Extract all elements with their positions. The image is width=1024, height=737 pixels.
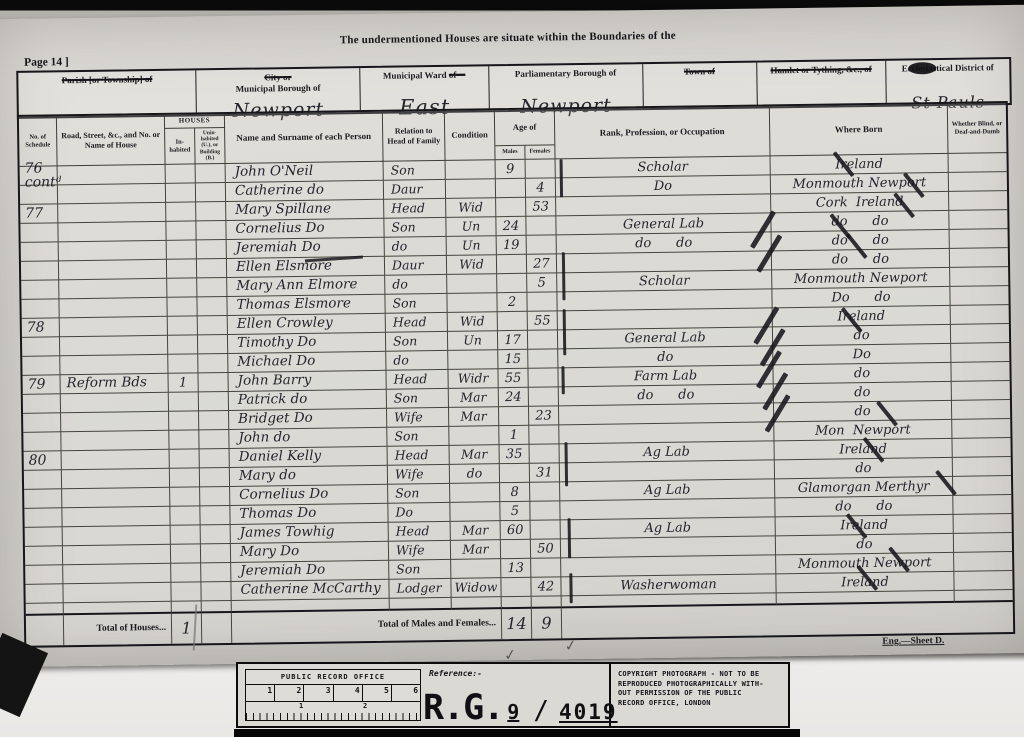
cell-uninhabited [201,582,231,601]
cell-relation: do [386,351,448,371]
ward-label-struck: of— [449,70,466,80]
cell-where-born: do do [771,211,949,232]
cell-uninhabited [201,563,231,582]
cell-name: Cornelius Do [226,219,384,240]
cell-blind [953,457,1011,477]
cell-name: Jeremiah Do [231,561,389,582]
cell-age-females: 23 [529,406,559,425]
town-box: Town of [643,63,758,109]
cell-condition: do [450,464,500,484]
cell-schedule [20,185,58,205]
empty-ruled-cell [390,598,452,611]
cell-blind [951,362,1009,382]
cell-age-females: 31 [530,463,560,482]
reference-label: Reference:- [429,669,482,678]
cell-blind [949,172,1007,192]
cell-road [61,393,169,414]
hamlet-box: Hamlet or Tything, &c., of [757,61,887,107]
cell-condition: Wid [446,198,496,218]
cell-age-males [501,578,531,597]
totals-empty-cell [562,602,1013,638]
city-label: City or [264,72,291,83]
column-header-uninhabited: Unin-habited (U.), or Building (B.) [195,128,225,164]
copyright-line: OUT PERMISSION OF THE PUBLIC [618,689,784,699]
cell-relation: do [385,237,447,257]
cell-name: Daniel Kelly [230,447,388,468]
cell-condition: Mar [449,388,499,408]
cell-schedule [21,261,59,281]
cell-schedule: 79 [23,375,61,395]
cell-schedule: 78 [22,318,60,338]
cell-age-males [499,407,529,426]
pen-tally-mark [568,518,572,558]
parliamentary-label: Parliamentary Borough of [515,68,616,80]
totals-empty-cell [202,613,232,643]
cell-road [63,564,171,585]
cell-uninhabited [197,278,227,297]
cell-where-born: Monmouth Newport [772,268,950,289]
column-header-houses-group: HOUSES [165,114,225,129]
cell-age-females [527,235,557,254]
hamlet-label: Hamlet or Tything, &c., of [770,64,871,76]
cell-road [59,241,167,262]
cell-relation: Head [386,313,448,333]
cell-schedule [23,394,61,414]
cell-condition [449,426,499,446]
pro-ruler: 1 2 [246,702,420,720]
cell-name: Timothy Do [228,333,386,354]
cell-where-born: do [773,325,951,346]
cell-name: Bridget Do [229,409,387,430]
cell-inhabited [170,468,200,487]
column-header-road: Road, Street, &c., and No. or Name of Ho… [57,115,166,167]
cell-where-born: Do [773,344,951,365]
cell-schedule [25,527,63,547]
cell-inhabited [169,392,199,411]
cell-schedule [24,489,62,509]
cell-uninhabited [198,316,228,335]
ecclesiastical-box: Ecclesiastical District of St Pauls [886,59,1010,105]
cell-schedule [23,432,61,452]
cell-uninhabited [200,506,230,525]
cell-age-males: 60 [501,521,531,540]
cell-where-born: Ireland [774,439,952,460]
cell-age-males [498,312,528,331]
cell-age-females [528,330,558,349]
cell-name: Mary Ann Elmore [227,276,385,297]
pen-tally-mark [560,159,564,197]
age-sub-headers: Males Females [495,144,554,159]
empty-ruled-cell [955,590,1013,603]
census-page: The undermentioned Houses are situate wi… [0,5,1024,667]
cell-relation: Head [388,446,450,466]
cell-blind [952,381,1010,401]
cell-uninhabited [199,430,229,449]
cell-where-born: Monmouth Newport [771,173,949,194]
cell-road [60,355,168,376]
cell-name: Mary do [230,466,388,487]
age-of-label: Age of [495,109,554,145]
cell-blind [952,400,1010,420]
cell-relation: Son [388,484,450,504]
cell-inhabited [169,411,199,430]
cell-relation: Daur [384,180,446,200]
cell-road [62,469,170,490]
cell-schedule [23,413,61,433]
stamp-reference-section: Reference:- R.G. 9 / 4019 [421,664,609,726]
cell-relation: Son [387,389,449,409]
cell-condition: Un [447,236,497,256]
cell-age-males: 5 [500,502,530,521]
cell-relation: Son [384,161,446,181]
cell-uninhabited [201,525,231,544]
reference-number: R.G. 9 / 4019 [423,688,618,728]
pro-reference-stamp: PUBLIC RECORD OFFICE 1 2 3 4 5 6 1 2 Ref… [236,662,790,728]
cell-relation: Son [384,218,446,238]
cell-condition [448,350,498,370]
cell-blind [948,153,1006,173]
cell-condition: Widow [451,578,501,598]
total-males-value: 14 [502,609,532,639]
cell-blind [949,210,1007,230]
cell-blind [950,286,1008,306]
cell-uninhabited [197,240,227,259]
cell-where-born: do [773,363,951,384]
cell-age-females [530,444,560,463]
cell-road [62,450,170,471]
cell-inhabited [167,259,197,278]
cell-relation: Wife [389,541,451,561]
cell-age-males: 55 [498,369,528,388]
total-males-females-label: Total of Males and Females... [232,609,502,643]
cell-where-born: Glamorgan Merthyr [775,477,953,498]
scanned-census-photo: The undermentioned Houses are situate wi… [0,0,1024,737]
cell-name: James Towhig [231,523,389,544]
pro-scale-numbers: 1 2 3 4 5 6 [246,685,420,702]
ruler-inch-number: 1 [299,702,303,710]
cell-blind [952,419,1010,439]
cell-age-females [528,349,558,368]
cell-inhabited [170,487,200,506]
cell-road [58,203,166,224]
cell-name: John do [229,428,387,449]
cell-uninhabited [196,183,226,202]
cell-inhabited [168,335,198,354]
cell-age-females: 5 [527,273,557,292]
cell-inhabited [171,563,201,582]
cell-age-males: 2 [497,293,527,312]
cell-age-females: 42 [531,577,561,596]
cell-uninhabited [201,544,231,563]
cell-name: John O'Neil [226,162,384,183]
pro-scale-box: PUBLIC RECORD OFFICE 1 2 3 4 5 6 1 2 [245,669,421,721]
cell-relation: Daur [385,256,447,276]
cell-name: Mary Spillane [226,200,384,221]
cell-inhabited [167,240,197,259]
cell-age-males: 8 [500,483,530,502]
municipal-borough-label: Municipal Borough of [236,82,321,94]
total-houses-label: Total of Houses... [64,614,172,646]
cell-blind [951,324,1009,344]
cell-age-males [497,274,527,293]
cell-inhabited [166,183,196,202]
sheet-designation: Eng.—Sheet D. [882,636,944,647]
cell-condition [447,274,497,294]
municipal-borough-box: City or Municipal Borough of Newport [197,68,361,114]
cell-where-born: do [774,401,952,422]
cell-road [58,184,166,205]
cell-road [61,412,169,433]
cell-age-females: 55 [528,311,558,330]
cell-name: Mary Do [231,542,389,563]
cell-schedule [20,223,58,243]
cell-condition: Un [448,331,498,351]
cell-name: Catherine do [226,181,384,202]
scale-number: 5 [363,685,392,701]
total-females-value: 9 [532,608,562,638]
cell-condition: Mar [450,445,500,465]
column-header-occupation: Rank, Profession, or Occupation [555,106,771,159]
copyright-line: REPRODUCED PHOTOGRAPHICALLY WITH- [618,680,784,690]
cell-age-males: 9 [496,160,526,179]
cell-relation: Lodger [389,579,451,599]
cell-inhabited [167,297,197,316]
cell-blind [953,495,1011,515]
cell-schedule [21,299,59,319]
cell-schedule [25,584,63,604]
cell-age-females [527,292,557,311]
scan-bottom-band [234,729,800,737]
cell-uninhabited [200,449,230,468]
column-header-females: Females [525,145,554,158]
cell-schedule [22,356,60,376]
cell-road: Reform Bds [61,374,169,395]
cell-blind [951,305,1009,325]
census-grid: No. of Schedule Road, Street, &c., and N… [17,101,1015,648]
cell-relation: Head [386,370,448,390]
cell-condition: Wid [447,255,497,275]
cell-age-females [529,387,559,406]
empty-ruled-cell [452,597,502,610]
cell-age-females [530,501,560,520]
cell-road [63,545,171,566]
parish-box: Parish [or Township] of [18,70,197,116]
pen-tally-mark [569,573,572,603]
totals-empty-cell [26,615,64,646]
cell-uninhabited [197,297,227,316]
scale-number: 2 [275,685,304,701]
cell-relation: Son [389,560,451,580]
cell-blind [950,229,1008,249]
cell-road [58,222,166,243]
cell-age-females [526,159,556,178]
parish-label: Parish [or Township] of [62,74,153,86]
municipal-ward-box: Municipal Ward of— East [360,66,490,112]
cell-age-males [497,255,527,274]
cell-age-males: 35 [500,445,530,464]
cell-schedule [25,546,63,566]
cell-road [59,298,167,319]
cell-uninhabited [198,354,228,373]
cell-road [63,526,171,547]
cell-blind [953,476,1011,496]
cell-inhabited [166,221,196,240]
empty-ruled-cell [172,601,202,613]
reference-separator: / [533,696,549,726]
empty-ruled-cell [532,596,562,608]
cell-age-males [501,540,531,559]
parliamentary-borough-box: Parliamentary Borough of Newport [489,64,643,110]
cell-age-males: 13 [501,559,531,578]
cell-schedule [25,565,63,585]
cell-schedule [21,242,59,262]
cell-name: Catherine McCarthy [231,580,389,601]
cell-inhabited [170,449,200,468]
cell-blind [954,552,1012,572]
cell-road [60,317,168,338]
cell-uninhabited [197,259,227,278]
series-number: 9 [507,700,519,724]
cell-road [60,336,168,357]
cell-inhabited [168,354,198,373]
column-header-age-group: Age of Males Females [495,109,556,160]
cell-blind [954,571,1012,591]
cell-road [62,507,170,528]
cell-age-females [531,558,561,577]
cell-condition [450,502,500,522]
cell-condition: Widr [448,369,498,389]
cell-condition [446,160,496,180]
cell-uninhabited [196,164,226,183]
cell-relation: Head [384,199,446,219]
empty-ruled-cell [26,603,64,616]
cell-blind [952,438,1010,458]
pen-tally-mark [561,366,564,394]
pro-office-title: PUBLIC RECORD OFFICE [246,670,420,685]
cell-condition [446,179,496,199]
cell-name: Cornelius Do [230,485,388,506]
cell-blind [954,533,1012,553]
cell-road [59,260,167,281]
cell-blind [949,191,1007,211]
empty-ruled-cell [202,601,232,613]
column-header-inhabited: In-habited [165,128,195,164]
cell-where-born: Do do [772,287,950,308]
ruler-inch-number: 2 [363,702,367,710]
cell-condition [450,483,500,503]
cell-condition [447,293,497,313]
cell-age-females [530,482,560,501]
cell-age-males: 17 [498,331,528,350]
cell-blind [950,248,1008,268]
cell-inhabited: 1 [168,373,198,392]
cell-age-females [531,520,561,539]
cell-name: John Barry [228,371,386,392]
ward-label-text: Municipal Ward [383,70,447,81]
cell-inhabited [166,202,196,221]
cell-uninhabited [199,392,229,411]
cell-age-males: 24 [496,217,526,236]
cell-relation: Head [389,522,451,542]
cell-relation: do [385,275,447,295]
cell-road [58,165,166,186]
cell-schedule: 76 contᵈ [20,166,58,186]
cell-name: Ellen Crowley [228,314,386,335]
cell-uninhabited [196,202,226,221]
column-header-schedule: No. of Schedule [19,116,58,167]
cell-blind [954,514,1012,534]
cell-condition [451,559,501,579]
cell-inhabited [171,544,201,563]
cell-road [59,279,167,300]
cell-age-males [496,179,526,198]
cell-inhabited [166,164,196,183]
scale-number: 3 [304,685,333,701]
cell-condition: Mar [451,540,501,560]
cell-blind [951,343,1009,363]
copyright-line: RECORD OFFICE, LONDON [618,699,784,709]
cell-schedule [24,508,62,528]
series-code: R.G. [423,688,503,728]
scale-number: 6 [392,685,420,701]
cell-age-males [500,464,530,483]
cell-age-females [528,368,558,387]
copyright-notice: COPYRIGHT PHOTOGRAPH - NOT TO BE REPRODU… [609,664,788,726]
cell-age-females: 27 [527,254,557,273]
cell-name: Thomas Do [230,504,388,525]
cell-inhabited [171,582,201,601]
cell-condition: Wid [448,312,498,332]
column-header-males: Males [495,146,525,159]
cell-relation: Son [387,427,449,447]
cell-name: Patrick do [229,390,387,411]
cell-relation: Son [385,294,447,314]
cell-age-males [496,198,526,217]
scale-number: 1 [246,685,275,701]
cell-schedule [24,470,62,490]
cell-inhabited [169,430,199,449]
town-label: Town of [684,66,715,77]
cell-relation: Wife [388,465,450,485]
cell-uninhabited [198,335,228,354]
copyright-line: COPYRIGHT PHOTOGRAPH - NOT TO BE [618,670,784,680]
cell-relation: Wife [387,408,449,428]
cell-road [62,488,170,509]
cell-road [61,431,169,452]
column-header-relation: Relation to Head of Family [383,111,446,162]
cell-road [63,583,171,604]
column-header-name: Name and Surname of each Person [225,112,384,164]
cell-uninhabited [198,373,228,392]
cell-uninhabited [196,221,226,240]
cell-name: Thomas Elsmore [227,295,385,316]
piece-number: 4019 [559,700,618,724]
cell-inhabited [171,525,201,544]
cell-age-males: 15 [498,350,528,369]
cell-age-females: 50 [531,539,561,558]
cell-condition: Mar [451,521,501,541]
cell-age-males: 19 [497,236,527,255]
cell-where-born: do do [775,496,953,517]
cell-age-males: 24 [499,388,529,407]
scale-number: 4 [334,685,363,701]
cell-where-born: Ireland [773,306,951,327]
cell-age-females: 4 [526,178,556,197]
ward-label: Municipal Ward of— [383,70,466,82]
cell-inhabited [167,278,197,297]
cell-where-born: do [774,382,952,403]
cell-uninhabited [200,468,230,487]
